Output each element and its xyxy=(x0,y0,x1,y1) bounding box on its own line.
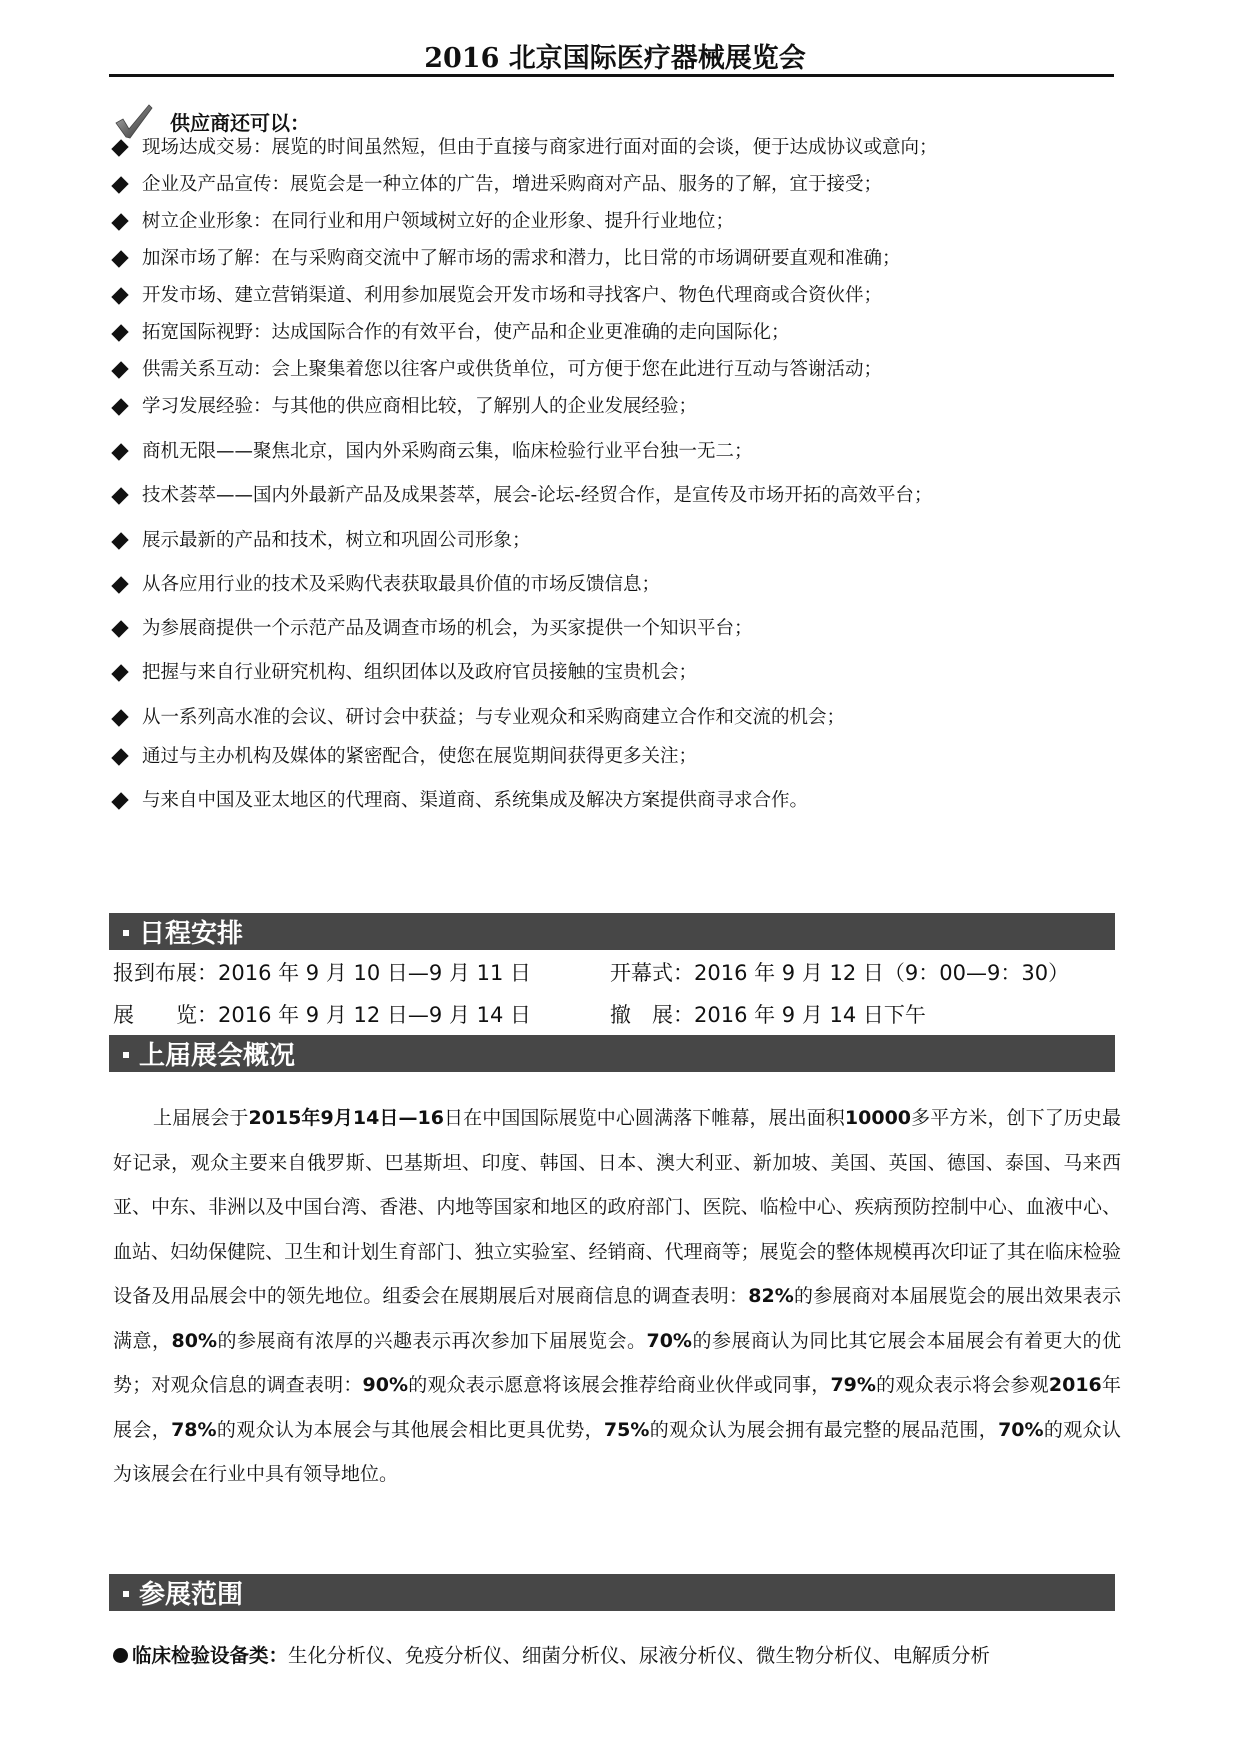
benefit-item: 树立企业形象：在同行业和用户领域树立好的企业形象、提升行业地位； xyxy=(114,210,734,234)
summary-text: 的观众认为本展会与其他展会相比更具优势， xyxy=(217,1419,604,1441)
benefit-item: 现场达成交易：展览的时间虽然短，但由于直接与商家进行面对面的会谈，便于达成协议或… xyxy=(114,136,938,160)
benefit-text: 展示最新的产品和技术，树立和巩固公司形象； xyxy=(142,529,531,553)
schedule-teardown: 撤 展：2016 年 9 月 14 日下午 xyxy=(610,999,926,1029)
section-title: 上届展会概况 xyxy=(139,1035,295,1072)
diamond-bullet-icon xyxy=(111,287,128,304)
bullet-dot-icon xyxy=(123,930,129,936)
summary-text: 的参展商有浓厚的兴趣表示再次参加下届展览会。 xyxy=(217,1330,647,1352)
benefit-text: 从各应用行业的技术及采购代表获取最具价值的市场反馈信息； xyxy=(142,573,660,597)
diamond-bullet-icon xyxy=(111,487,128,504)
highlight-figure: 70% xyxy=(646,1330,691,1352)
bullet-dot-icon xyxy=(123,1591,129,1597)
highlight-figure: 70% xyxy=(998,1419,1043,1441)
benefit-item: 拓宽国际视野：达成国际合作的有效平台，使产品和企业更准确的走向国际化； xyxy=(114,321,790,345)
summary-text: 上届展会于 xyxy=(153,1107,248,1129)
benefit-text: 把握与来自行业研究机构、组织团体以及政府官员接触的宝贵机会； xyxy=(142,661,697,685)
diamond-bullet-icon xyxy=(111,250,128,267)
benefit-text: 技术荟萃——国内外最新产品及成果荟萃，展会-论坛-经贸合作，是宣传及市场开拓的高… xyxy=(142,484,932,508)
diamond-bullet-icon xyxy=(111,532,128,549)
diamond-bullet-icon xyxy=(111,620,128,637)
benefit-text: 为参展商提供一个示范产品及调查市场的机会，为买家提供一个知识平台； xyxy=(142,617,753,641)
benefit-item: 供需关系互动：会上聚集着您以往客户或供货单位，可方便于您在此进行互动与答谢活动； xyxy=(114,358,882,382)
supplier-benefits-label: 供应商还可以： xyxy=(170,107,310,136)
summary-text: 的观众认为展会拥有最完整的展品范围， xyxy=(649,1419,998,1441)
diamond-bullet-icon xyxy=(111,213,128,230)
diamond-bullet-icon xyxy=(111,792,128,809)
schedule-row: 报到布展：2016 年 9 月 10 日—9 月 11 日 开幕式：2016 年… xyxy=(113,957,1069,987)
page-title: 2016 北京国际医疗器械展览会 xyxy=(110,36,1120,75)
benefit-text: 通过与主办机构及媒体的紧密配合，使您在展览期间获得更多关注； xyxy=(142,745,697,769)
summary-text: 日在中国国际展览中心圆满落下帷幕，展出面积 xyxy=(444,1107,845,1129)
benefit-item: 开发市场、建立营销渠道、利用参加展览会开发市场和寻找客户、物色代理商或合资伙伴； xyxy=(114,284,882,308)
benefit-text: 供需关系互动：会上聚集着您以往客户或供货单位，可方便于您在此进行互动与答谢活动； xyxy=(142,358,882,382)
diamond-bullet-icon xyxy=(111,398,128,415)
benefit-item: 商机无限——聚焦北京，国内外采购商云集，临床检验行业平台独一无二； xyxy=(114,440,753,464)
scope-category: 临床检验设备类： xyxy=(132,1644,288,1667)
schedule-setup: 报到布展：2016 年 9 月 10 日—9 月 11 日 xyxy=(113,957,610,987)
highlight-figure: 75% xyxy=(604,1419,649,1441)
diamond-bullet-icon xyxy=(111,361,128,378)
section-header-schedule: 日程安排 xyxy=(109,913,1115,950)
benefit-item: 展示最新的产品和技术，树立和巩固公司形象； xyxy=(114,529,531,553)
highlight-figure: 10000 xyxy=(845,1107,911,1129)
title-divider xyxy=(109,74,1114,77)
highlight-figure: 90% xyxy=(363,1374,408,1396)
highlight-figure: 2015年9月14日—16 xyxy=(248,1107,444,1129)
diamond-bullet-icon xyxy=(111,324,128,341)
benefit-item: 与来自中国及亚太地区的代理商、渠道商、系统集成及解决方案提供商寻求合作。 xyxy=(114,789,808,813)
supplier-benefits-heading: 供应商还可以： xyxy=(114,103,310,139)
benefit-text: 企业及产品宣传：展览会是一种立体的广告，增进采购商对产品、服务的了解，宜于接受； xyxy=(142,173,882,197)
benefit-item: 为参展商提供一个示范产品及调查市场的机会，为买家提供一个知识平台； xyxy=(114,617,753,641)
section-header-previous-show: 上届展会概况 xyxy=(109,1035,1115,1072)
scope-item: 临床检验设备类：生化分析仪、免疫分析仪、细菌分析仪、尿液分析仪、微生物分析仪、电… xyxy=(113,1640,990,1668)
benefit-item: 企业及产品宣传：展览会是一种立体的广告，增进采购商对产品、服务的了解，宜于接受； xyxy=(114,173,882,197)
diamond-bullet-icon xyxy=(111,709,128,726)
schedule-row: 展 览：2016 年 9 月 12 日—9 月 14 日 撤 展：2016 年 … xyxy=(113,999,926,1029)
benefit-item: 把握与来自行业研究机构、组织团体以及政府官员接触的宝贵机会； xyxy=(114,661,697,685)
highlight-figure: 82% xyxy=(748,1285,793,1307)
previous-show-summary: 上届展会于2015年9月14日—16日在中国国际展览中心圆满落下帷幕，展出面积1… xyxy=(113,1096,1121,1497)
benefit-item: 学习发展经验：与其他的供应商相比较，了解别人的企业发展经验； xyxy=(114,395,697,419)
highlight-figure: 79% xyxy=(830,1374,875,1396)
benefit-text: 加深市场了解：在与采购商交流中了解市场的需求和潜力，比日常的市场调研要直观和准确… xyxy=(142,247,901,271)
benefit-text: 现场达成交易：展览的时间虽然短，但由于直接与商家进行面对面的会谈，便于达成协议或… xyxy=(142,136,938,160)
highlight-figure: 80% xyxy=(172,1330,217,1352)
diamond-bullet-icon xyxy=(111,576,128,593)
checkmark-icon xyxy=(114,103,154,139)
schedule-opening: 开幕式：2016 年 9 月 12 日（9：00—9：30） xyxy=(610,957,1069,987)
section-title: 日程安排 xyxy=(139,913,243,950)
benefit-item: 技术荟萃——国内外最新产品及成果荟萃，展会-论坛-经贸合作，是宣传及市场开拓的高… xyxy=(114,484,932,508)
diamond-bullet-icon xyxy=(111,443,128,460)
benefit-item: 通过与主办机构及媒体的紧密配合，使您在展览期间获得更多关注； xyxy=(114,745,697,769)
benefit-text: 学习发展经验：与其他的供应商相比较，了解别人的企业发展经验； xyxy=(142,395,697,419)
section-header-exhibit-scope: 参展范围 xyxy=(109,1574,1115,1611)
benefit-text: 树立企业形象：在同行业和用户领域树立好的企业形象、提升行业地位； xyxy=(142,210,734,234)
bullet-circle-icon xyxy=(113,1648,128,1663)
benefit-text: 拓宽国际视野：达成国际合作的有效平台，使产品和企业更准确的走向国际化； xyxy=(142,321,790,345)
benefit-item: 从各应用行业的技术及采购代表获取最具价值的市场反馈信息； xyxy=(114,573,660,597)
benefit-text: 从一系列高水准的会议、研讨会中获益；与专业观众和采购商建立合作和交流的机会； xyxy=(142,706,845,730)
scope-items: 生化分析仪、免疫分析仪、细菌分析仪、尿液分析仪、微生物分析仪、电解质分析 xyxy=(288,1644,990,1667)
benefit-text: 开发市场、建立营销渠道、利用参加展览会开发市场和寻找客户、物色代理商或合资伙伴； xyxy=(142,284,882,308)
section-title: 参展范围 xyxy=(139,1574,243,1611)
schedule-exhibition: 展 览：2016 年 9 月 12 日—9 月 14 日 xyxy=(113,999,610,1029)
benefit-item: 加深市场了解：在与采购商交流中了解市场的需求和潜力，比日常的市场调研要直观和准确… xyxy=(114,247,901,271)
benefit-text: 与来自中国及亚太地区的代理商、渠道商、系统集成及解决方案提供商寻求合作。 xyxy=(142,789,808,813)
benefit-item: 从一系列高水准的会议、研讨会中获益；与专业观众和采购商建立合作和交流的机会； xyxy=(114,706,845,730)
highlight-figure: 78% xyxy=(171,1419,216,1441)
summary-text: 的观众表示愿意将该展会推荐给商业伙伴或同事， xyxy=(408,1374,830,1396)
bullet-dot-icon xyxy=(123,1052,129,1058)
summary-text: 的观众表示将会参观 xyxy=(876,1374,1049,1396)
summary-text: 多平方米，创下了历史最好记录，观众主要来自俄罗斯、巴基斯坦、印度、韩国、日本、澳… xyxy=(113,1107,1121,1307)
diamond-bullet-icon xyxy=(111,664,128,681)
highlight-figure: 2016 xyxy=(1049,1374,1102,1396)
diamond-bullet-icon xyxy=(111,139,128,156)
diamond-bullet-icon xyxy=(111,748,128,765)
benefit-text: 商机无限——聚焦北京，国内外采购商云集，临床检验行业平台独一无二； xyxy=(142,440,753,464)
diamond-bullet-icon xyxy=(111,176,128,193)
